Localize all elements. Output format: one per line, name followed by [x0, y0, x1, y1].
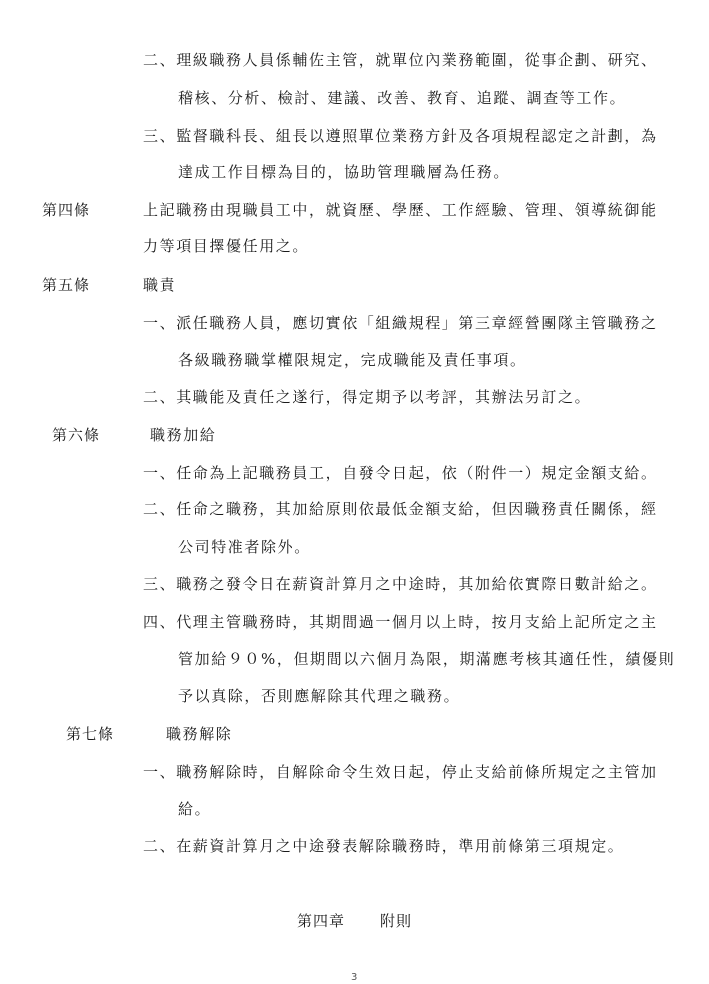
chapter-4-title: 附則 [380, 912, 412, 930]
art3-item3-line2: 達成工作目標為目的，協助管理職層為任務。 [178, 163, 510, 181]
page-number: 3 [351, 972, 357, 983]
article-5-label: 第五條 [42, 276, 90, 294]
art3-item2-line2: 稽核、分析、檢討、建議、改善、教育、追蹤、調查等工作。 [178, 89, 626, 107]
art4-line2: 力等項目擇優任用之。 [143, 237, 309, 255]
art6-item4-line2: 管加給９０%，但期間以六個月為限，期滿應考核其適任性，績優則 [178, 650, 675, 668]
art6-item3-line1: 三、職務之發令日在薪資計算月之中途時，其加給依實際日數計給之。 [143, 575, 658, 593]
art3-item3-line1: 三、監督職科長、組長以遵照單位業務方針及各項規程認定之計劃，為 [143, 127, 658, 145]
art7-item2-line1: 二、在薪資計算月之中途發表解除職務時，準用前條第三項規定。 [143, 837, 624, 855]
art6-item2-line2: 公司特准者除外。 [178, 538, 311, 556]
art5-item2-line1: 二、其職能及責任之遂行，得定期予以考評，其辦法另訂之。 [143, 388, 591, 406]
art7-item1-line1: 一、職務解除時，自解除命令生效日起，停止支給前條所規定之主管加 [143, 763, 658, 781]
art4-line1: 上記職務由現職員工中，就資歷、學歷、工作經驗、管理、領導統御能 [143, 201, 658, 219]
art5-title: 職責 [143, 276, 176, 294]
art5-item1-line1: 一、派任職務人員，應切實依「組織規程」第三章經營團隊主管職務之 [143, 314, 658, 332]
article-4-label: 第四條 [42, 201, 90, 219]
art7-item1-line2: 給。 [178, 800, 211, 818]
art6-item4-line1: 四、代理主管職務時，其期間過一個月以上時，按月支給上記所定之主 [143, 613, 658, 631]
article-6-label: 第六條 [52, 426, 100, 444]
art6-item1-line1: 一、任命為上記職務員工，自發令日起，依（附件一）規定金額支給。 [143, 464, 658, 482]
art6-title: 職務加給 [150, 426, 216, 444]
article-7-label: 第七條 [66, 725, 114, 743]
art5-item1-line2: 各級職務職掌權限規定，完成職能及責任事項。 [178, 351, 527, 369]
art6-item2-line1: 二、任命之職務，其加給原則依最低金額支給，但因職務責任關係，經 [143, 500, 658, 518]
chapter-4-number: 第四章 [297, 912, 345, 930]
art6-item4-line3: 予以真除，否則應解除其代理之職務。 [178, 687, 460, 705]
art3-item2-line1: 二、理級職務人員係輔佐主管，就單位內業務範圍，從事企劃、研究、 [143, 51, 658, 69]
art7-title: 職務解除 [166, 725, 232, 743]
